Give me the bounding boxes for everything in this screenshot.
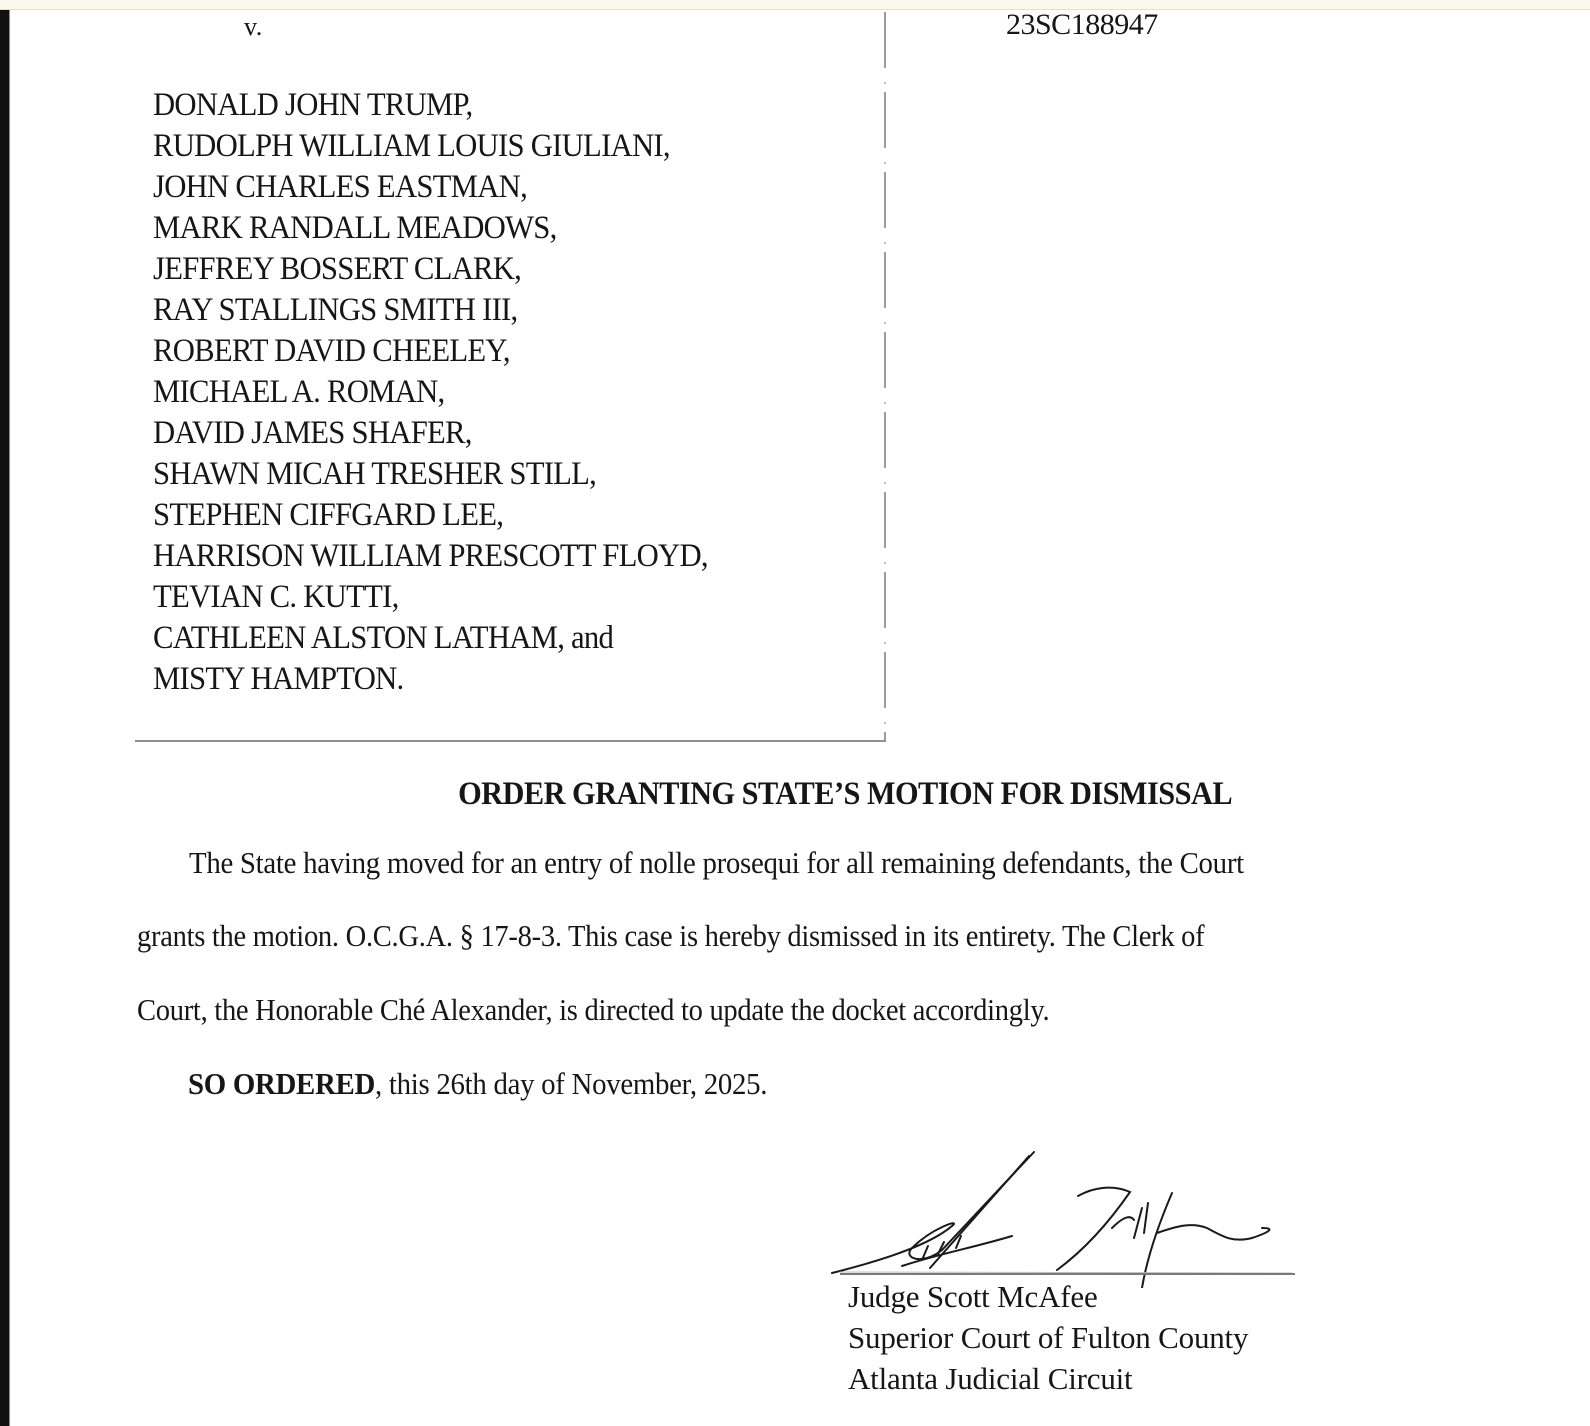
- court-name: Superior Court of Fulton County: [848, 1317, 1248, 1358]
- defendant-name: JOHN CHARLES EASTMAN,: [153, 167, 708, 208]
- defendant-name: JEFFREY BOSSERT CLARK,: [153, 249, 708, 290]
- judge-name: Judge Scott McAfee: [848, 1276, 1248, 1317]
- so-ordered-date: , this 26th day of November, 2025.: [375, 1066, 767, 1101]
- order-title: ORDER GRANTING STATE’S MOTION FOR DISMIS…: [68, 776, 1531, 813]
- defendant-name: MARK RANDALL MEADOWS,: [153, 208, 708, 249]
- order-body-line: The State having moved for an entry of n…: [189, 845, 1244, 881]
- defendant-name: DAVID JAMES SHAFER,: [153, 413, 708, 454]
- caption-divider: [884, 12, 886, 742]
- circuit-name: Atlanta Judicial Circuit: [848, 1358, 1248, 1399]
- defendant-name: STEPHEN CIFFGARD LEE,: [153, 495, 708, 536]
- order-body-line: grants the motion. O.C.G.A. § 17-8-3. Th…: [137, 918, 1204, 954]
- defendant-name: RUDOLPH WILLIAM LOUIS GIULIANI,: [153, 126, 708, 167]
- so-ordered-line: SO ORDERED, this 26th day of November, 2…: [188, 1066, 767, 1102]
- versus-label: v.: [244, 12, 263, 42]
- signature-line: [840, 1273, 1295, 1275]
- case-number: 23SC188947: [1006, 8, 1158, 42]
- defendant-name: TEVIAN C. KUTTI,: [153, 577, 708, 618]
- caption-bottom-rule: [135, 740, 886, 742]
- so-ordered-label: SO ORDERED: [188, 1066, 375, 1101]
- order-body-line: Court, the Honorable Ché Alexander, is d…: [137, 992, 1049, 1028]
- defendant-name: RAY STALLINGS SMITH III,: [153, 290, 708, 331]
- viewer-top-bar: [0, 0, 1590, 10]
- viewer-left-edge: [0, 10, 10, 1426]
- signature-icon: [812, 1148, 1302, 1288]
- order-title-text: ORDER GRANTING STATE’S MOTION FOR DISMIS…: [458, 776, 1232, 813]
- defendants-list: DONALD JOHN TRUMP, RUDOLPH WILLIAM LOUIS…: [153, 85, 708, 700]
- defendant-name: SHAWN MICAH TRESHER STILL,: [153, 454, 708, 495]
- defendant-name: CATHLEEN ALSTON LATHAM, and: [153, 618, 708, 659]
- defendant-name: MICHAEL A. ROMAN,: [153, 372, 708, 413]
- judge-signature-block: Judge Scott McAfee Superior Court of Ful…: [848, 1276, 1248, 1399]
- defendant-name: DONALD JOHN TRUMP,: [153, 85, 708, 126]
- defendant-name: ROBERT DAVID CHEELEY,: [153, 331, 708, 372]
- defendant-name: MISTY HAMPTON.: [153, 659, 708, 700]
- defendant-name: HARRISON WILLIAM PRESCOTT FLOYD,: [153, 536, 708, 577]
